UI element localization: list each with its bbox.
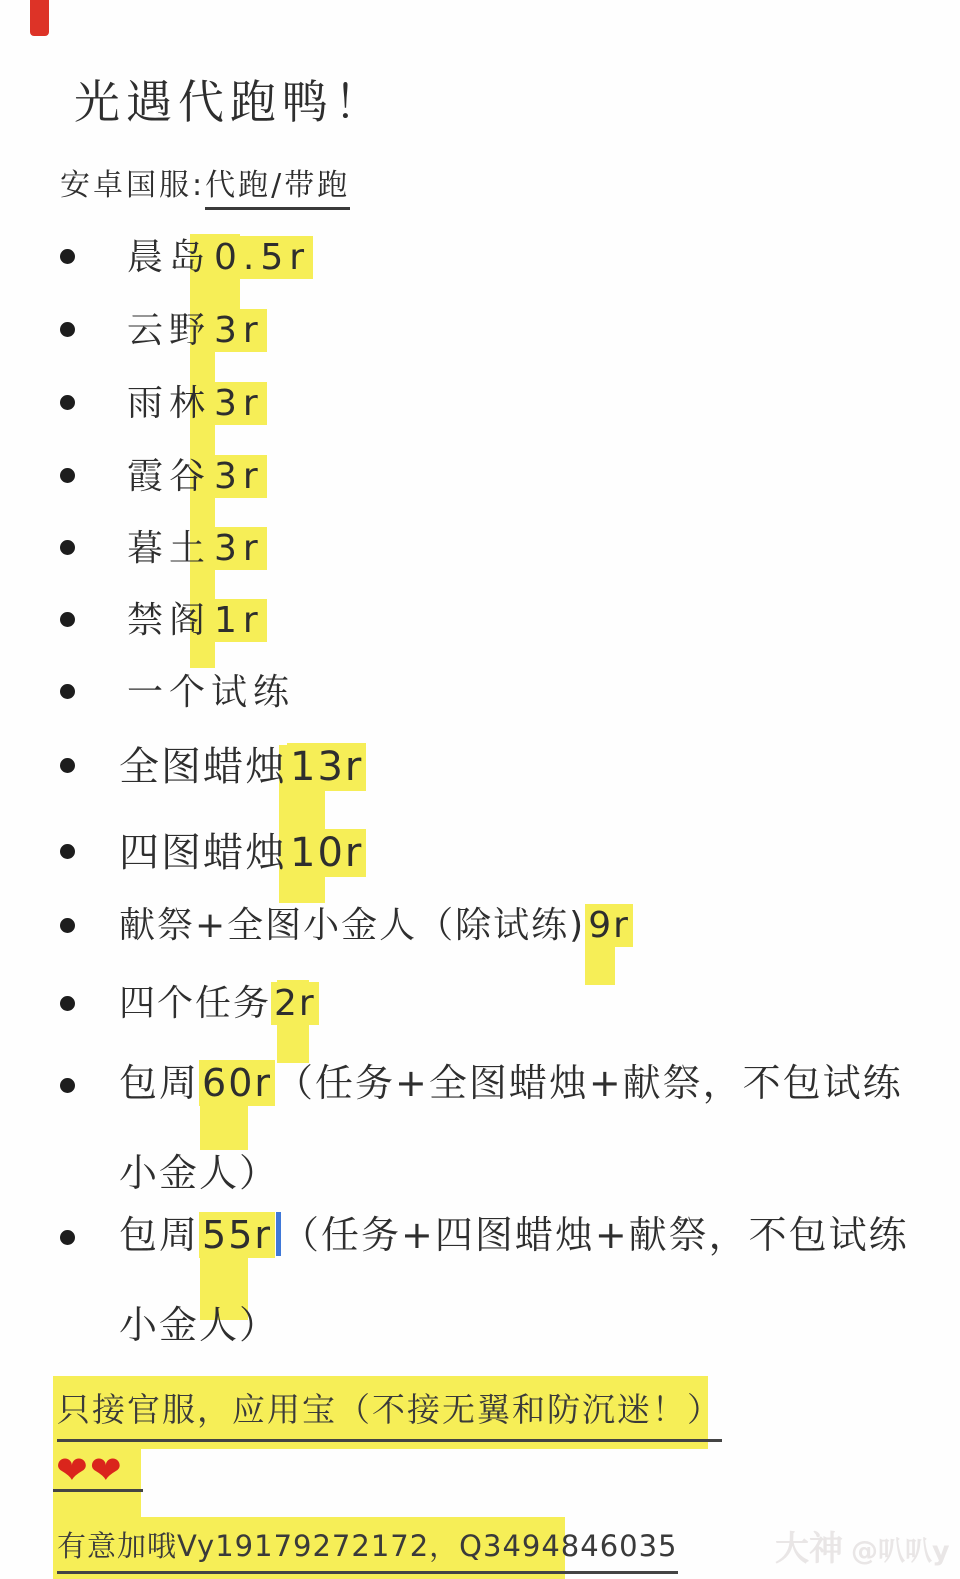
item-text: 包周 [119,1061,199,1105]
list-item: 暮土3r [60,526,267,572]
bullet-icon [60,1078,75,1093]
page-title: 光遇代跑鸭！ [74,66,386,132]
item-text: 一个试练 [127,672,295,713]
list-item: 献祭+全图小金人（除试练)9r [60,903,633,949]
bullet-icon [60,918,75,933]
item-price: 3r [211,455,267,498]
item-price: 9r [585,904,633,947]
bullet-icon [60,612,75,627]
item-text: 包周 [119,1213,199,1257]
item-text: 雨林 [127,383,211,424]
bullet-icon [60,540,75,555]
item-text: 霞谷 [127,456,211,497]
item-text: 云野 [127,310,211,351]
hearts-underline [53,1489,143,1492]
bullet-icon [60,395,75,410]
list-item: 包周55r（任务+四图蜡烛+献祭，不包试练小金人） [60,1190,932,1370]
item-text: 暮土 [127,528,211,569]
subtitle-prefix: 安卓国服: [60,168,205,203]
item-price: 13r [287,743,366,791]
list-item: 一个试练 [60,670,295,716]
bullet-icon [60,322,75,337]
item-text: 全图蜡烛 [119,744,287,790]
item-price: 1r [211,599,267,642]
bullet-icon [60,758,75,773]
item-text: 献祭+全图小金人（除试练) [119,905,585,946]
item-price: 3r [211,527,267,570]
subtitle-underlined: 代跑/带跑 [205,168,350,210]
item-price: 55r [199,1212,275,1258]
footer-contact: 有意加哦Vy19179272172，Q3494846035 [57,1524,678,1574]
list-item: 雨林3r [60,381,267,427]
watermark: 大神 @叭叭y [775,1521,950,1570]
bullet-icon [60,468,75,483]
list-item: 全图蜡烛13r [60,742,366,792]
watermark-handle: @叭叭y [851,1529,950,1568]
bullet-icon [60,1230,75,1245]
item-text: 禁阁 [127,600,211,641]
item-price: 0.5r [211,236,313,279]
item-text: 四个任务 [119,983,271,1024]
watermark-brand: 大神 [775,1521,843,1570]
note-page: { "page": { "title": "光遇代跑鸭！", "subtitle… [0,0,960,1579]
footer-rule-note: 只接官服，应用宝（不接无翼和防沉迷！） [57,1384,722,1442]
item-text: 晨岛 [127,237,211,278]
heart-icons: ❤❤ [56,1448,124,1492]
item-price: 10r [287,829,366,877]
item-price: 3r [211,382,267,425]
subtitle: 安卓国服:代跑/带跑 [60,160,350,204]
red-corner-mark [30,0,49,36]
list-item: 晨岛0.5r [60,235,313,281]
item-price: 60r [199,1060,275,1106]
list-item: 霞谷3r [60,454,267,500]
bullet-icon [60,684,75,699]
list-item: 禁阁1r [60,598,267,644]
list-item: 四个任务2r [60,981,319,1027]
list-item: 云野3r [60,308,267,354]
item-price: 3r [211,309,267,352]
item-price: 2r [271,982,319,1025]
item-text: 四图蜡烛 [119,830,287,876]
bullet-icon [60,996,75,1011]
bullet-icon [60,249,75,264]
bullet-icon [60,844,75,859]
list-item: 四图蜡烛10r [60,828,366,878]
